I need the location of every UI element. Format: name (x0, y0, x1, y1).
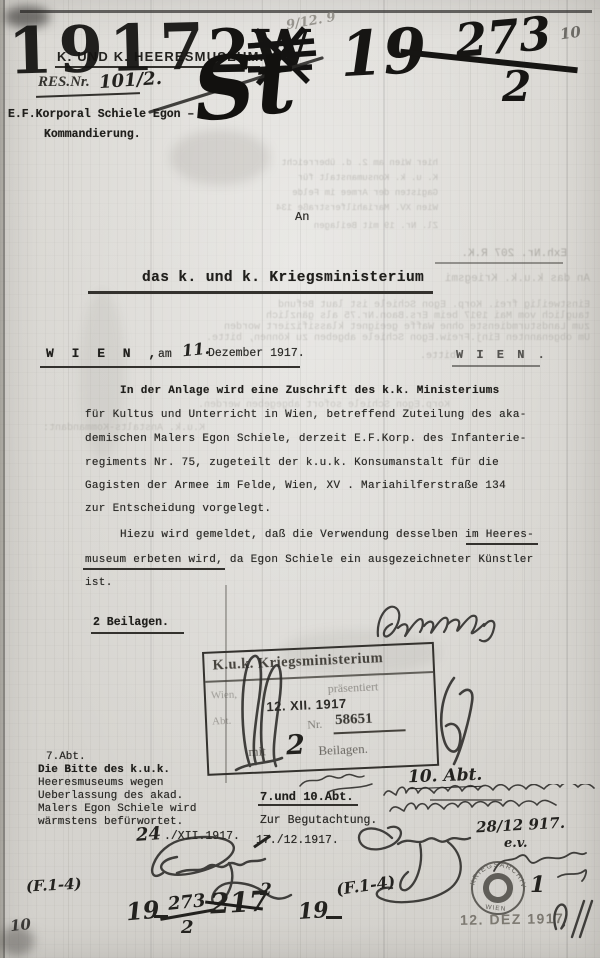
stamp-praesentiert: präsentiert (327, 679, 378, 696)
dateline-rest: Dezember 1917. (208, 347, 305, 360)
wien-echo-underline (452, 365, 540, 367)
footer-fraction-bottom: 2 (181, 917, 194, 938)
dateline-city: W I E N , (46, 346, 161, 361)
scan-left-edge (3, 0, 5, 958)
handwriting-line (382, 784, 597, 800)
res-underline (36, 92, 140, 98)
bleedthrough-exh-number: Exh.Nr. 207 R.K. (432, 248, 567, 260)
signature-large-right (336, 820, 488, 912)
bleedthrough-line: Einstweilig frei. Korp. Egon Schiele ist… (55, 300, 590, 311)
handwriting-line (388, 799, 563, 815)
body-line: regiments Nr. 75, zugeteilt der k.u.k. K… (85, 457, 499, 469)
minute-left-line: Ueberlassung des akad. (38, 790, 183, 802)
bleedthrough-recipient-echo: An das k.u.k. Kriegsmi (352, 273, 590, 285)
dateline-day-handwritten: 11. (181, 339, 211, 361)
body-line: In der Anlage wird eine Zuschrift des k.… (120, 385, 500, 397)
body-seg: da Egon Schiele ein ausgezeichneter Küns… (223, 554, 534, 566)
subject-line-1: E.F.Korporal Schiele Egon – (8, 108, 194, 121)
body-seg: Hiezu wird gemeldet, daß die Verwendung … (120, 529, 465, 541)
bleedthrough-line: hier Wien am 2. d. überreicht (308, 158, 438, 168)
dateline-underline (40, 366, 300, 368)
st-registry-mark: St (188, 31, 300, 142)
body-seg-underlined: museum erbeten wird, (85, 554, 223, 566)
body-line: Hiezu wird gemeldet, daß die Verwendung … (120, 529, 534, 541)
bleedthrough-line: Zl. Nr. 19 mit Beilagen (308, 221, 438, 231)
bleedthrough-exh-underline (435, 262, 563, 264)
minute-left-dept: 7.Abt. (46, 751, 86, 763)
body-line: für Kultus und Unterricht in Wien, betre… (85, 409, 527, 421)
signature-initials (424, 668, 480, 772)
minute-mid-dept: 7.und 10.Abt. (260, 790, 354, 804)
footer-dash-2 (326, 916, 342, 919)
scan-streak (383, 0, 385, 958)
bleedthrough-line: Wien XV. Mariahilferstraße 134 (308, 203, 438, 213)
stamp-beilagen-label: Beilagen. (318, 741, 368, 759)
enclosures-note: 2 Beilagen. (93, 616, 169, 629)
scan-streak (566, 0, 568, 958)
body-line: museum erbeten wird, da Egon Schiele ein… (85, 554, 534, 566)
stamp-nr-underline (334, 729, 406, 734)
body-line: zur Entscheidung vorgelegt. (85, 503, 271, 515)
stamp-nr-value: 58651 (335, 711, 373, 730)
fraction-numerator: 273 (453, 6, 553, 68)
minute-left-line: Die Bitte des k.u.k. (38, 764, 170, 776)
footer-f14-left: (F.1-4) (26, 875, 83, 896)
scanned-document-page: K. UND K. HEERESMUSEUM. 1917 2 W RES.Nr.… (0, 0, 600, 958)
signature-official (372, 594, 504, 650)
recipient-underline (88, 291, 433, 294)
body-seg-underlined: im Heeres- (465, 529, 534, 541)
stamp-nr-label: Nr. (307, 717, 323, 733)
minute-left-line: wärmstens befürwortet. (38, 816, 183, 828)
bleedthrough-line: Gagisten der Armee im Felde (308, 188, 438, 198)
res-number-label: RES.Nr. (38, 74, 90, 91)
dateline-am: am (158, 348, 172, 361)
superscript-note: 10 (559, 23, 582, 44)
bleedthrough-line: K. u. k. Konsumanstalt für (308, 173, 438, 183)
handwritten-flourish (218, 646, 290, 778)
footer-file-19: 19 (125, 895, 161, 927)
handwritten-mark-right (546, 893, 596, 947)
body-line: ist. (85, 577, 113, 589)
salutation-an: An (295, 210, 309, 224)
minute-left-line: Heeresmuseums wegen (38, 777, 163, 789)
subject-line-2: Kommandierung. (44, 128, 141, 141)
footer-one-mark: 1 (530, 872, 545, 898)
body-line: Gagisten der Armee im Felde, Wien, XV . … (85, 480, 506, 492)
scan-left-edge-2 (0, 0, 3, 958)
museum-underline (83, 568, 225, 570)
heeres-underline (466, 543, 538, 545)
bleedthrough-line: Um obgenannten Einj.Freiw.Egon Schiele a… (55, 333, 590, 344)
bleedthrough-bitte: bitte. (414, 351, 456, 362)
bleedthrough-wien-echo: W I E N . (456, 348, 548, 362)
bleedthrough-line: zum Landsturmdienste ohne Waffe geeignet… (55, 322, 590, 333)
minute-left-line: Malers Egon Schiele wird (38, 803, 196, 815)
footer-corner-mark: 10 (9, 915, 32, 935)
bleedthrough-line: tauglich vom Mai 1917 beim Ers.Baon.Nr.7… (55, 311, 590, 322)
footer-superscript-2: 2 (260, 880, 272, 900)
fraction-denominator: 2 (502, 62, 531, 111)
footer-file-19-second: 19 (297, 897, 329, 925)
body-line: demischen Malers Egon Schiele, derzeit E… (85, 433, 527, 445)
minute-right-date: 28/12 917. (476, 814, 566, 837)
minute-mid-underline (258, 804, 358, 806)
enclosures-underline (91, 632, 184, 634)
